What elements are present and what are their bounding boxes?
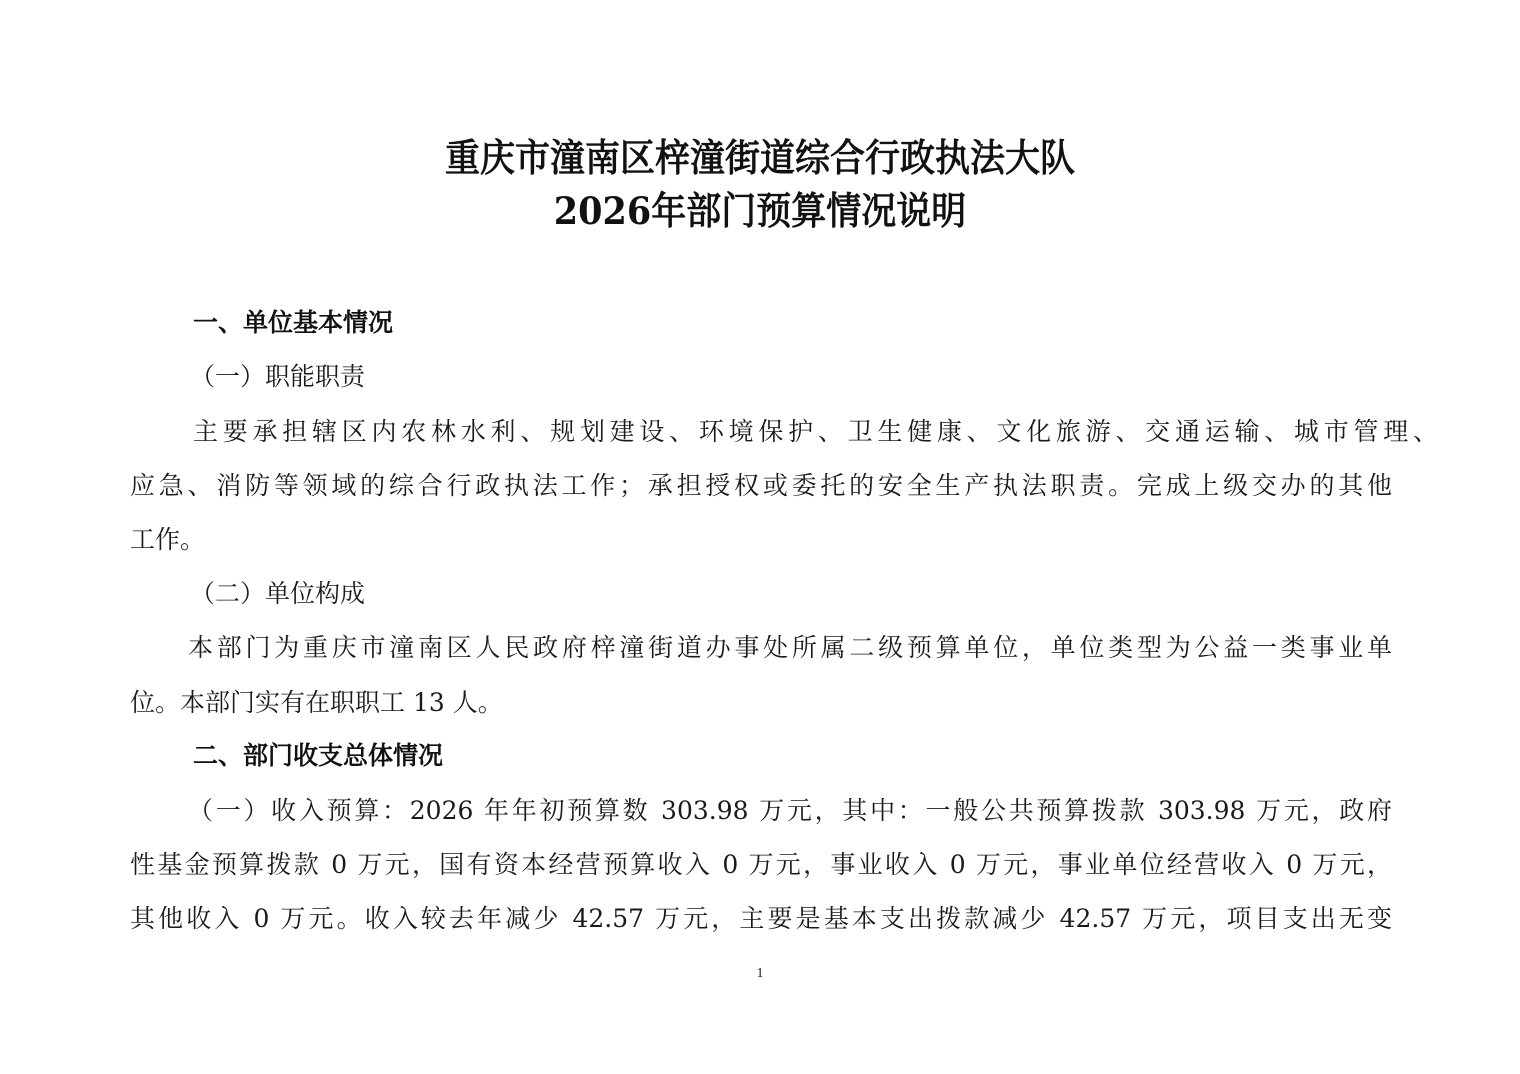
page-number: 1 [0, 966, 1520, 982]
subsection-heading-composition: （二）单位构成 [190, 578, 365, 610]
document-title-line-2: 2026年部门预算情况说明 [0, 190, 1520, 233]
section-heading-overall-budget: 二、部门收支总体情况 [193, 740, 443, 772]
paragraph-line: 其他收入 0 万元。收入较去年减少 42.57 万元，主要是基本支出拨款减少 4… [130, 903, 1392, 935]
paragraph-line: 应急、消防等领域的综合行政执法工作；承担授权或委托的安全生产执法职责。完成上级交… [130, 470, 1392, 502]
paragraph-line: 性基金预算拨款 0 万元，国有资本经营预算收入 0 万元，事业收入 0 万元，事… [130, 849, 1392, 881]
paragraph-line: 本部门为重庆市潼南区人民政府梓潼街道办事处所属二级预算单位，单位类型为公益一类事… [188, 632, 1392, 664]
paragraph-line: 主要承担辖区内农林水利、规划建设、环境保护、卫生健康、文化旅游、交通运输、城市管… [193, 416, 1438, 448]
paragraph-line: 工作。 [130, 524, 205, 556]
document-page: 重庆市潼南区梓潼街道综合行政执法大队 2026年部门预算情况说明 一、单位基本情… [0, 0, 1520, 1074]
paragraph-line: 位。本部门实有在职职工 13 人。 [130, 687, 503, 719]
section-heading-basic-info: 一、单位基本情况 [193, 307, 393, 339]
subsection-heading-duties: （一）职能职责 [190, 361, 365, 393]
document-title-line-1: 重庆市潼南区梓潼街道综合行政执法大队 [0, 137, 1520, 180]
paragraph-line: （一）收入预算：2026 年年初预算数 303.98 万元，其中：一般公共预算拨… [188, 795, 1392, 827]
